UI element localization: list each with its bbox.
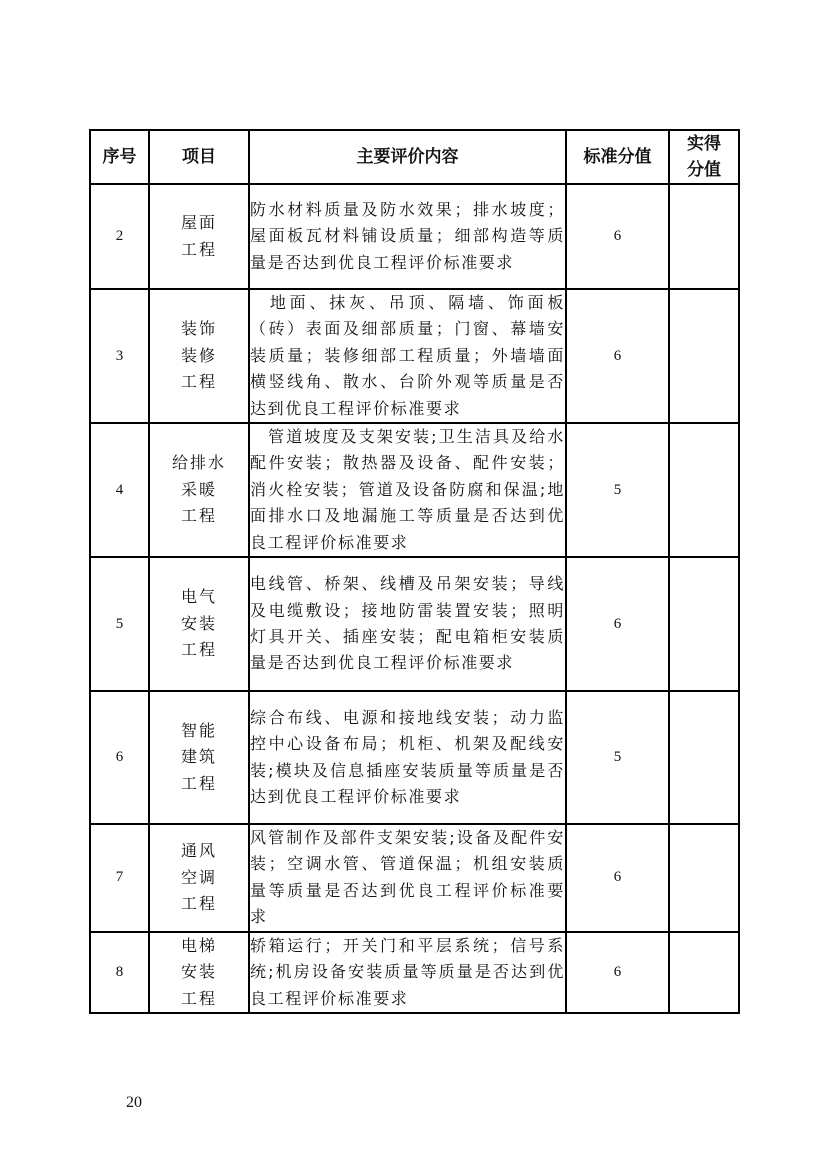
page-number: 20 <box>126 1094 142 1112</box>
row-seq: 8 <box>90 932 149 1014</box>
table-row: 2 屋面 工程 防水材料质量及防水效果；排水坡度；屋面板瓦材料铺设质量；细部构造… <box>90 184 739 289</box>
item-line: 工程 <box>150 369 248 396</box>
header-standard-score: 标准分值 <box>566 130 669 184</box>
table-row: 7 通风 空调 工程 风管制作及部件支架安装;设备及配件安装；空调水管、管道保温… <box>90 824 739 932</box>
header-row: 序号 项目 主要评价内容 标准分值 实得 分值 <box>90 130 739 184</box>
row-actual-score[interactable] <box>669 932 739 1014</box>
row-seq: 5 <box>90 557 149 691</box>
item-line: 工程 <box>150 891 248 918</box>
row-standard-score: 6 <box>566 824 669 932</box>
table-row: 6 智能 建筑 工程 综合布线、电源和接地线安装；动力监控中心设备布局；机柜、机… <box>90 691 739 824</box>
evaluation-table: 序号 项目 主要评价内容 标准分值 实得 分值 2 屋面 工程 防水材料质量及防… <box>89 129 740 1014</box>
item-line: 装饰 <box>150 316 248 343</box>
item-line: 屋面 <box>150 210 248 237</box>
header-actual-score-line1: 实得 <box>670 131 738 157</box>
row-actual-score[interactable] <box>669 289 739 423</box>
row-content: 综合布线、电源和接地线安装；动力监控中心设备布局；机柜、机架及配线安装;模块及信… <box>249 691 566 824</box>
header-actual-score: 实得 分值 <box>669 130 739 184</box>
row-seq: 2 <box>90 184 149 289</box>
row-seq: 7 <box>90 824 149 932</box>
header-seq: 序号 <box>90 130 149 184</box>
item-line: 工程 <box>150 771 248 798</box>
item-line: 给排水 <box>150 450 248 477</box>
row-standard-score: 5 <box>566 423 669 557</box>
row-item: 电梯 安装 工程 <box>149 932 249 1014</box>
row-content: 风管制作及部件支架安装;设备及配件安装；空调水管、管道保温；机组安装质量等质量是… <box>249 824 566 932</box>
item-line: 工程 <box>150 503 248 530</box>
item-line: 电气 <box>150 584 248 611</box>
item-line: 安装 <box>150 611 248 638</box>
row-actual-score[interactable] <box>669 691 739 824</box>
item-line: 安装 <box>150 959 248 986</box>
row-standard-score: 6 <box>566 184 669 289</box>
row-actual-score[interactable] <box>669 824 739 932</box>
row-standard-score: 6 <box>566 289 669 423</box>
header-item: 项目 <box>149 130 249 184</box>
row-standard-score: 6 <box>566 932 669 1014</box>
row-item: 装饰 装修 工程 <box>149 289 249 423</box>
row-actual-score[interactable] <box>669 184 739 289</box>
row-seq: 3 <box>90 289 149 423</box>
item-line: 空调 <box>150 865 248 892</box>
table-row: 3 装饰 装修 工程 地面、抹灰、吊顶、隔墙、饰面板（砖）表面及细部质量；门窗、… <box>90 289 739 423</box>
row-item: 电气 安装 工程 <box>149 557 249 691</box>
table-row: 5 电气 安装 工程 电线管、桥架、线槽及吊架安装；导线及电缆敷设；接地防雷装置… <box>90 557 739 691</box>
row-content: 防水材料质量及防水效果；排水坡度；屋面板瓦材料铺设质量；细部构造等质量是否达到优… <box>249 184 566 289</box>
row-item: 屋面 工程 <box>149 184 249 289</box>
row-standard-score: 5 <box>566 691 669 824</box>
item-line: 装修 <box>150 343 248 370</box>
row-actual-score[interactable] <box>669 557 739 691</box>
row-item: 智能 建筑 工程 <box>149 691 249 824</box>
table-row: 8 电梯 安装 工程 轿箱运行；开关门和平层系统；信号系统;机房设备安装质量等质… <box>90 932 739 1014</box>
header-actual-score-line2: 分值 <box>670 157 738 183</box>
item-line: 通风 <box>150 838 248 865</box>
row-seq: 4 <box>90 423 149 557</box>
row-seq: 6 <box>90 691 149 824</box>
row-content: 管道坡度及支架安装;卫生洁具及给水配件安装；散热器及设备、配件安装；消火栓安装；… <box>249 423 566 557</box>
row-item: 给排水 采暖 工程 <box>149 423 249 557</box>
item-line: 建筑 <box>150 744 248 771</box>
row-content: 地面、抹灰、吊顶、隔墙、饰面板（砖）表面及细部质量；门窗、幕墙安装质量；装修细部… <box>249 289 566 423</box>
item-line: 工程 <box>150 237 248 264</box>
row-content: 轿箱运行；开关门和平层系统；信号系统;机房设备安装质量等质量是否达到优良工程评价… <box>249 932 566 1014</box>
item-line: 工程 <box>150 986 248 1013</box>
row-standard-score: 6 <box>566 557 669 691</box>
header-content: 主要评价内容 <box>249 130 566 184</box>
item-line: 智能 <box>150 718 248 745</box>
table-row: 4 给排水 采暖 工程 管道坡度及支架安装;卫生洁具及给水配件安装；散热器及设备… <box>90 423 739 557</box>
item-line: 工程 <box>150 637 248 664</box>
row-item: 通风 空调 工程 <box>149 824 249 932</box>
item-line: 电梯 <box>150 933 248 960</box>
item-line: 采暖 <box>150 477 248 504</box>
row-content: 电线管、桥架、线槽及吊架安装；导线及电缆敷设；接地防雷装置安装；照明灯具开关、插… <box>249 557 566 691</box>
row-actual-score[interactable] <box>669 423 739 557</box>
